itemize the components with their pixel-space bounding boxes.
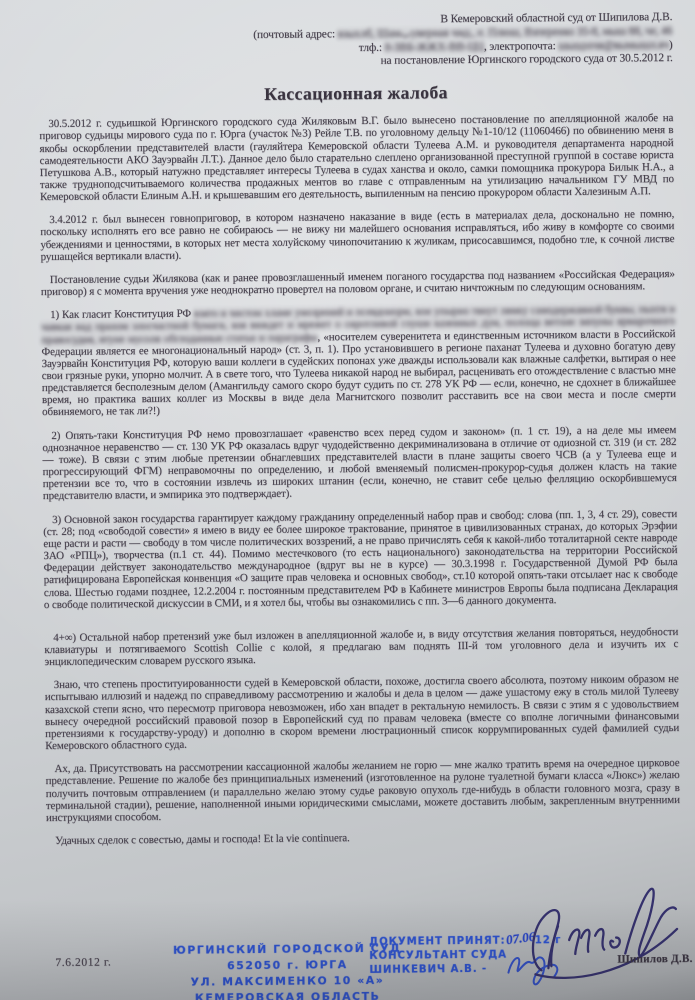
document-footer: 7.6.2012 г. ЮРГИНСКИЙ ГОРОДСКОЙ СУД 6520… bbox=[47, 921, 682, 1000]
redacted-phone: 8-ЗВБ-ЖЖХ-ВВ-ЦЦ bbox=[385, 40, 484, 53]
paragraph-closing: Ах, да. Присутствовать на рассмотрении к… bbox=[45, 757, 680, 824]
received-label: ДОКУМЕНТ ПРИНЯТ: bbox=[369, 936, 505, 948]
paragraph-echr: Знаю, что степень проституированности су… bbox=[45, 673, 680, 752]
document-date: 7.6.2012 г. bbox=[55, 956, 111, 969]
paragraph-intro: 30.5.2012 г. судьишкой Юргинского городс… bbox=[39, 112, 674, 203]
document-header: В Кемеровский областной суд от Шипилова … bbox=[38, 11, 673, 72]
paragraph-verdict: 3.4.2012 г. был вынесен говноприговор, в… bbox=[40, 208, 674, 263]
paragraph-point-4: 4+∞) Остальной набор претензий уже был и… bbox=[44, 626, 678, 669]
contact-line-closing: ) bbox=[669, 39, 673, 51]
email-label: , электропочта: bbox=[484, 40, 559, 53]
court-stamp-line: КЕМЕРОВСКАЯ ОБЛАСТЬ bbox=[168, 989, 408, 1000]
document-photo: В Кемеровский областной суд от Шипилова … bbox=[0, 0, 695, 1000]
paragraph-point-1: 1) Как гласит Конституция РФ взято в чис… bbox=[41, 303, 676, 418]
redacted-email: шыщзхчв@вымышл.яч bbox=[558, 39, 669, 52]
redacted-postal-address: взыхлб, Шамبуверная чмд., е. Плюш, Взпер… bbox=[338, 25, 673, 40]
paragraph-grounds-intro: Постановление судьи Жилякова (как и ране… bbox=[41, 268, 675, 298]
cassation-complaint-page: В Кемеровский областной суд от Шипилова … bbox=[38, 5, 681, 1000]
phone-label: тлф.: bbox=[359, 41, 385, 53]
paragraph-farewell: Удачных сделок с совестью, дамы и господ… bbox=[46, 829, 680, 847]
paragraph-point-3: 3) Основной закон государства гарантируе… bbox=[43, 508, 678, 611]
paragraph-point-2: 2) Опять-таки Конституция РФ немо провоз… bbox=[42, 424, 677, 503]
signatory-name: Шипилов Д.В. bbox=[617, 953, 692, 966]
postal-address-label: (почтовый адрес: bbox=[253, 28, 338, 41]
document-title: Кассационная жалоба bbox=[39, 79, 673, 107]
